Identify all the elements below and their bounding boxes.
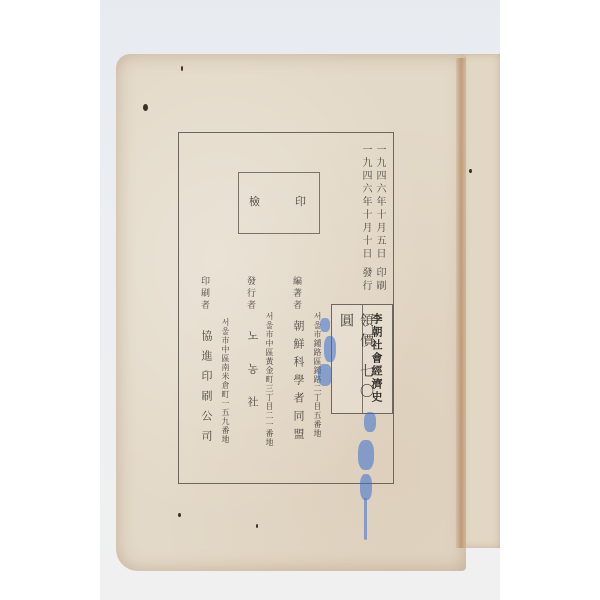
seal-label-left: 檢 <box>249 193 260 209</box>
printer-address: 서울市中區南米倉町一五九番地 <box>220 318 231 444</box>
print-date: 一九四六年十月五日 印刷 <box>372 144 387 293</box>
seal-stamp-box: 檢 印 <box>238 172 320 234</box>
publisher-label: 發行者 <box>244 276 257 312</box>
author-name: 朝鮮科學者同盟 <box>290 320 306 446</box>
blue-ink-mark <box>364 412 376 432</box>
paper-speck <box>181 66 183 71</box>
seal-label-right: 印 <box>295 193 306 209</box>
blue-ink-mark <box>318 364 332 386</box>
blue-ink-mark <box>358 440 374 470</box>
facing-page-edge <box>462 54 500 548</box>
paper-speck <box>178 513 181 517</box>
printer-name: 協進印刷公司 <box>198 330 214 450</box>
author-label: 編著者 <box>290 276 303 312</box>
blue-ink-mark <box>360 474 372 500</box>
blue-ink-mark <box>324 336 336 362</box>
printer-label: 印刷者 <box>198 276 211 312</box>
paper-speck <box>469 169 472 173</box>
paper-speck <box>256 524 258 528</box>
blue-ink-line <box>364 498 367 540</box>
spine-stain <box>456 58 466 548</box>
issue-date: 一九四六年十月十日 發行 <box>358 144 373 293</box>
publisher-name: 노농社 <box>244 330 260 429</box>
price: 領價 七〇圓 <box>336 313 376 413</box>
paper-speck <box>143 104 148 111</box>
blue-ink-mark <box>320 318 330 332</box>
title-price-box: 李朝社會經濟史 領價 七〇圓 <box>331 304 393 414</box>
publisher-address: 서울市中區黃金町三丁目二一番地 <box>264 312 275 447</box>
